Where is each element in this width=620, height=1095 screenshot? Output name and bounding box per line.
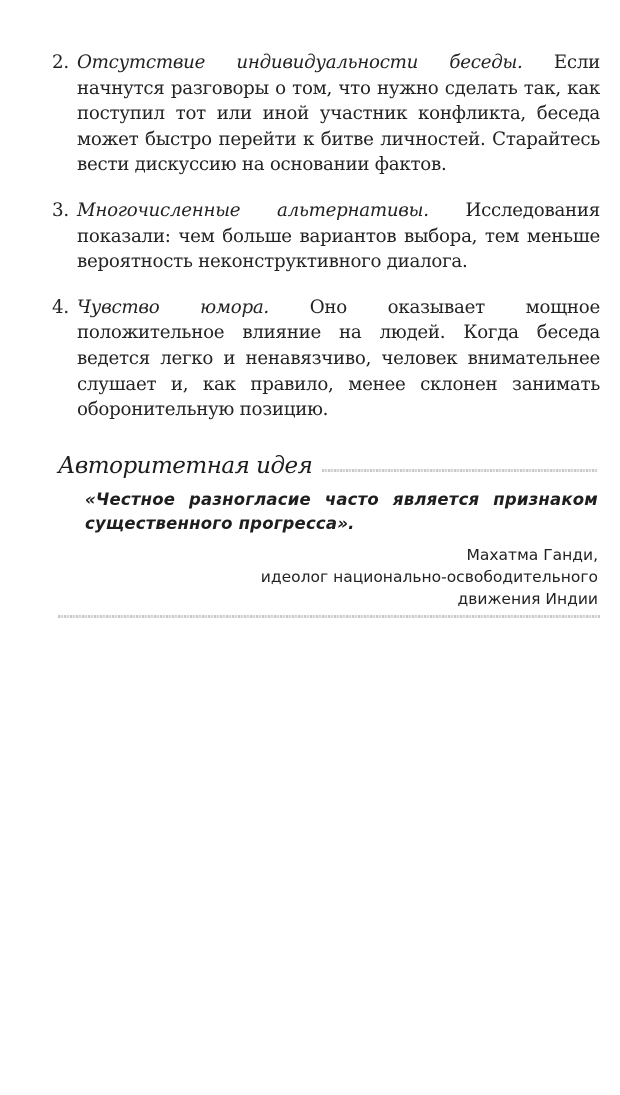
- item-term: Чувство юмора.: [77, 297, 269, 318]
- list-item: 3. Многочисленные альтернативы. Исследов…: [52, 198, 600, 275]
- divider: [322, 469, 598, 472]
- attribution-role-cont: движения Индии: [58, 588, 598, 610]
- numbered-list: 2. Отсутствие индивидуальности беседы. Е…: [52, 50, 600, 443]
- sidebar-title: Авторитетная идея: [58, 453, 312, 479]
- item-term: Отсутствие индивидуальности беседы.: [77, 52, 523, 73]
- sidebar-header: Авторитетная идея: [58, 448, 598, 484]
- item-number: 4.: [52, 295, 69, 321]
- quote-attribution: Махатма Ганди, идеолог национально-освоб…: [58, 544, 598, 610]
- book-page: 2. Отсутствие индивидуальности беседы. Е…: [0, 0, 620, 1095]
- divider: [58, 615, 600, 618]
- list-item: 4. Чувство юмора. Оно оказывает мощное п…: [52, 295, 600, 423]
- item-number: 3.: [52, 198, 69, 224]
- item-number: 2.: [52, 50, 69, 76]
- item-term: Многочисленные альтернативы.: [77, 200, 429, 221]
- authoritative-idea-box: Авторитетная идея «Честное разногласие ч…: [58, 448, 598, 610]
- attribution-role: идеолог национально-освободительного: [58, 566, 598, 588]
- quote: «Честное разногласие часто является приз…: [85, 488, 598, 536]
- list-item: 2. Отсутствие индивидуальности беседы. Е…: [52, 50, 600, 178]
- attribution-name: Махатма Ганди,: [58, 544, 598, 566]
